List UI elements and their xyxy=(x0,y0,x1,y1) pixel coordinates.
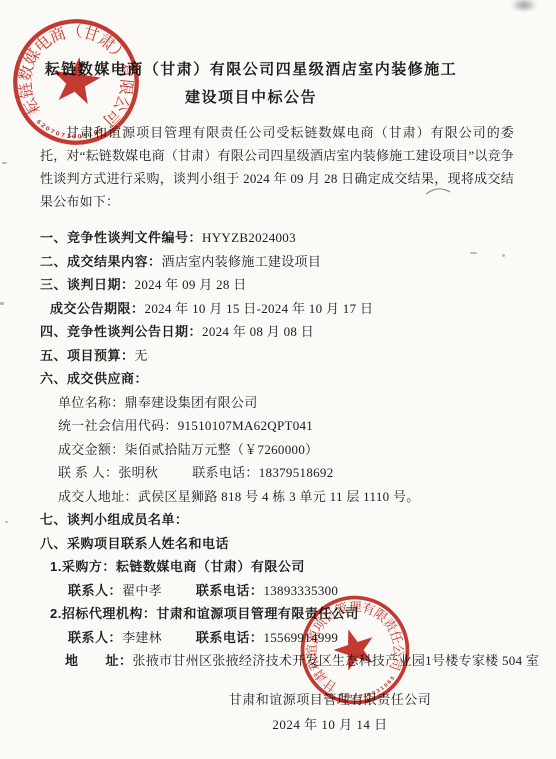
supplier-phone-label: 联系电话： xyxy=(192,465,259,480)
supplier-amount-line: 成交金额：柒佰贰拾陆万元整（￥7260000） xyxy=(58,438,514,462)
item-announcement-period-value: 2024 年 10 月 15 日-2024 年 10 月 17 日 xyxy=(145,301,374,316)
signature-date: 2024 年 10 月 14 日 xyxy=(180,712,480,737)
item-result-content-label: 二、成交结果内容： xyxy=(40,254,162,269)
document-title: 耘链数媒电商（甘肃）有限公司四星级酒店室内装修施工 建设项目中标公告 xyxy=(40,56,462,112)
agency-heading-label: 2.招标代理机构： xyxy=(50,606,156,621)
supplier-amount-label: 成交金额： xyxy=(58,442,125,457)
buyer-heading-label: 1.采购方： xyxy=(50,559,116,574)
item-panel-members-heading: 七、谈判小组成员名单： xyxy=(40,508,514,532)
agency-address-line: 地 址：张掖市甘州区张掖经济技术开发区生态科技产业园1号楼专家楼 504 室 xyxy=(65,649,514,673)
supplier-contact-label: 联 系 人： xyxy=(58,465,118,480)
agency-heading-value: 甘肃和谊源项目管理有限责任公司 xyxy=(156,606,359,621)
agency-phone-value: 15569914999 xyxy=(263,630,338,645)
item-announcement-period-label: 成交公告期限： xyxy=(50,301,145,316)
supplier-phone-value: 18379518692 xyxy=(259,465,334,480)
supplier-credit-code-line: 统一社会信用代码：91510107MA62QPT041 xyxy=(58,414,514,438)
agency-address-label: 地 址： xyxy=(65,653,133,668)
buyer-contact-label: 联系人： xyxy=(68,583,122,598)
supplier-credit-code-label: 统一社会信用代码： xyxy=(58,418,178,433)
item-negotiation-date: 三、谈判日期：2024 年 09 月 28 日 xyxy=(40,273,514,297)
buyer-phone-label: 联系电话： xyxy=(196,583,264,598)
signature-org: 甘肃和谊源项目管理有限责任公司 xyxy=(180,687,480,712)
scan-speck xyxy=(470,252,477,254)
item-notice-date: 四、竞争性谈判公告日期：2024 年 08 月 08 日 xyxy=(40,320,514,344)
buyer-heading-line: 1.采购方：耘链数媒电商（甘肃）有限公司 xyxy=(50,555,514,579)
item-budget-value: 无 xyxy=(135,348,148,363)
item-winning-supplier-label: 六、成交供应商： xyxy=(40,371,148,386)
item-budget: 五、项目预算：无 xyxy=(40,344,514,368)
item-project-contacts-heading: 八、采购项目联系人姓名和电话 xyxy=(40,532,514,556)
item-file-number: 一、竞争性谈判文件编号：HYYZB2024003 xyxy=(40,226,514,250)
item-result-content-value: 酒店室内装修施工建设项目 xyxy=(162,254,322,269)
item-panel-members-label: 七、谈判小组成员名单： xyxy=(40,512,189,527)
scan-speck xyxy=(502,254,505,257)
supplier-credit-code-value: 91510107MA62QPT041 xyxy=(178,418,313,433)
item-notice-date-label: 四、竞争性谈判公告日期： xyxy=(40,324,202,339)
agency-heading-line: 2.招标代理机构：甘肃和谊源项目管理有限责任公司 xyxy=(50,602,514,626)
supplier-amount-value: 柒佰贰拾陆万元整（￥7260000） xyxy=(125,442,319,457)
item-file-number-value: HYYZB2024003 xyxy=(202,230,296,245)
agency-address-value: 张掖市甘州区张掖经济技术开发区生态科技产业园1号楼专家楼 504 室 xyxy=(133,653,540,668)
scanned-award-announcement-page: 耘链数媒电商（甘肃）有限公司四星级酒店室内装修施工 建设项目中标公告 甘肃和谊源… xyxy=(0,0,556,759)
supplier-address-label: 成交人地址： xyxy=(58,489,138,504)
item-budget-label: 五、项目预算： xyxy=(40,348,135,363)
item-announcement-period: 成交公告期限：2024 年 10 月 15 日-2024 年 10 月 17 日 xyxy=(50,297,514,321)
agency-phone-label: 联系电话： xyxy=(196,630,264,645)
supplier-name-label: 单位名称： xyxy=(58,395,125,410)
buyer-contact-line: 联系人：翟中孝联系电话：13893335300 xyxy=(68,579,514,603)
supplier-contact-line: 联 系 人：张明秋联系电话：18379518692 xyxy=(58,461,514,485)
scan-speck xyxy=(2,162,7,164)
item-notice-date-value: 2024 年 08 月 08 日 xyxy=(202,324,314,339)
document-body: 耘链数媒电商（甘肃）有限公司四星级酒店室内装修施工 建设项目中标公告 甘肃和谊源… xyxy=(0,0,556,737)
supplier-contact-name: 张明秋 xyxy=(118,465,158,480)
intro-paragraph: 甘肃和谊源项目管理有限责任公司受耘链数媒电商（甘肃）有限公司的委托，对“耘链数媒… xyxy=(40,121,514,213)
buyer-phone-value: 13893335300 xyxy=(263,583,338,598)
scan-speck xyxy=(5,521,8,523)
document-title-line2: 建设项目中标公告 xyxy=(40,84,462,112)
pen-arc-mark xyxy=(424,184,452,196)
agency-contact-label: 联系人： xyxy=(68,630,122,645)
item-result-content: 二、成交结果内容：酒店室内装修施工建设项目 xyxy=(40,250,514,274)
signature-block: 甘肃和谊源项目管理有限责任公司 2024 年 10 月 14 日 xyxy=(180,687,480,737)
buyer-contact-name: 翟中孝 xyxy=(122,583,162,598)
item-project-contacts-label: 八、采购项目联系人姓名和电话 xyxy=(40,536,229,551)
item-negotiation-date-value: 2024 年 09 月 28 日 xyxy=(135,277,247,292)
supplier-name-line: 单位名称：鼎奉建设集团有限公司 xyxy=(58,391,514,415)
item-winning-supplier-heading: 六、成交供应商： xyxy=(40,367,514,391)
agency-contact-name: 李建林 xyxy=(122,630,162,645)
supplier-address-line: 成交人地址：武侯区星狮路 818 号 4 栋 3 单元 11 层 1110 号。 xyxy=(58,485,514,509)
item-negotiation-date-label: 三、谈判日期： xyxy=(40,277,135,292)
supplier-address-value: 武侯区星狮路 818 号 4 栋 3 单元 11 层 1110 号。 xyxy=(138,489,420,504)
scan-smudge xyxy=(506,0,542,15)
buyer-heading-value: 耘链数媒电商（甘肃）有限公司 xyxy=(116,559,305,574)
agency-contact-line: 联系人：李建林联系电话：15569914999 xyxy=(68,626,514,650)
scan-speck xyxy=(0,302,4,305)
supplier-name-value: 鼎奉建设集团有限公司 xyxy=(125,395,258,410)
document-title-line1: 耘链数媒电商（甘肃）有限公司四星级酒店室内装修施工 xyxy=(40,56,462,84)
item-file-number-label: 一、竞争性谈判文件编号： xyxy=(40,230,202,245)
